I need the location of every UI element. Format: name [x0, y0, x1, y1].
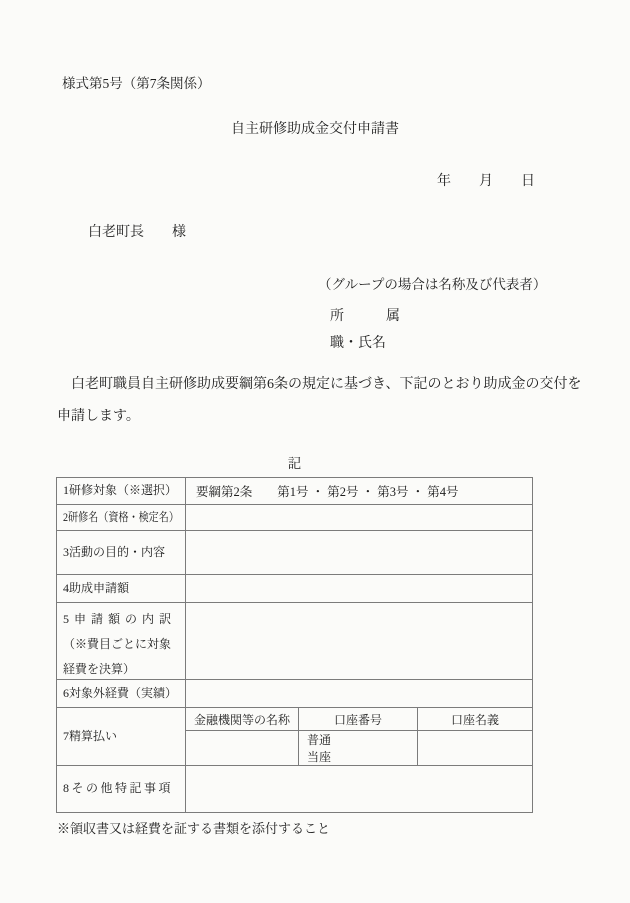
bank-name-value-cell	[186, 731, 299, 765]
account-holder-value-cell	[418, 731, 532, 765]
training-name-label-text: 2研修名（資格・検定名）	[63, 509, 164, 526]
training-target-label: 1研修対象（※選択）	[57, 478, 186, 504]
table-row-settlement-payment: 7精算払い 金融機関等の名称 口座番号 口座名義 普通 当座	[57, 707, 532, 765]
section-marker: 記	[56, 452, 533, 472]
special-notes-value-cell	[186, 766, 532, 812]
settlement-bank-subtable: 金融機関等の名称 口座番号 口座名義 普通 当座	[186, 708, 532, 765]
account-number-value-cell: 普通 当座	[299, 731, 418, 765]
document-title: 自主研修助成金交付申請書	[0, 118, 630, 138]
footer-note: ※領収書又は経費を証する書類を添付すること	[57, 818, 330, 837]
excluded-expenses-label: 6対象外経費（実績）	[57, 680, 186, 707]
training-name-value-cell	[186, 505, 532, 530]
account-number-header: 口座番号	[299, 708, 418, 730]
application-form-page: 様式第5号（第7条関係） 自主研修助成金交付申請書 年 月 日 白老町長 様 （…	[0, 0, 630, 903]
account-holder-header: 口座名義	[418, 708, 532, 730]
table-row-grant-amount: 4助成申請額	[57, 574, 532, 602]
amount-breakdown-label-line2: （※費目ごとに対象	[63, 632, 183, 657]
purpose-label: 3活動の目的・内容	[57, 531, 186, 574]
affiliation-label: 所 属	[330, 305, 400, 325]
purpose-value-cell	[186, 531, 532, 574]
account-type-ordinary: 普通	[299, 731, 417, 748]
bank-subtable-header: 金融機関等の名称 口座番号 口座名義	[186, 708, 532, 731]
bank-name-header: 金融機関等の名称	[186, 708, 299, 730]
addressee-line: 白老町長 様	[88, 221, 186, 241]
table-row-amount-breakdown: 5申請額の内訳 （※費目ごとに対象 経費を決算）	[57, 602, 532, 679]
settlement-payment-label: 7精算払い	[57, 708, 186, 765]
account-type-current: 当座	[299, 748, 417, 765]
table-row-special-notes: 8その他特記事項	[57, 765, 532, 812]
grant-amount-label: 4助成申請額	[57, 575, 186, 602]
excluded-expenses-value-cell	[186, 680, 532, 707]
date-line: 年 月 日	[437, 170, 535, 190]
form-number: 様式第5号（第7条関係）	[62, 72, 211, 92]
amount-breakdown-label: 5申請額の内訳 （※費目ごとに対象 経費を決算）	[57, 603, 186, 679]
special-notes-label: 8その他特記事項	[57, 766, 186, 812]
grant-amount-value-cell	[186, 575, 532, 602]
representative-note: （グループの場合は名称及び代表者）	[318, 273, 546, 293]
bank-subtable-body: 普通 当座	[186, 731, 532, 765]
training-target-value: 要綱第2条 第1号 ・ 第2号 ・ 第3号 ・ 第4号	[186, 478, 532, 504]
body-paragraph: 白老町職員自主研修助成要綱第6条の規定に基づき、下記のとおり助成金の交付を申請し…	[57, 369, 594, 433]
table-row-training-name: 2研修名（資格・検定名）	[57, 504, 532, 530]
table-row-training-target: 1研修対象（※選択） 要綱第2条 第1号 ・ 第2号 ・ 第3号 ・ 第4号	[57, 478, 532, 504]
application-table: 1研修対象（※選択） 要綱第2条 第1号 ・ 第2号 ・ 第3号 ・ 第4号 2…	[56, 477, 533, 813]
amount-breakdown-label-line1: 5申請額の内訳	[63, 607, 183, 632]
job-name-label: 職・氏名	[330, 332, 386, 352]
training-name-label: 2研修名（資格・検定名）	[57, 505, 186, 530]
table-row-excluded-expenses: 6対象外経費（実績）	[57, 679, 532, 707]
table-row-purpose: 3活動の目的・内容	[57, 530, 532, 574]
amount-breakdown-value-cell	[186, 603, 532, 679]
